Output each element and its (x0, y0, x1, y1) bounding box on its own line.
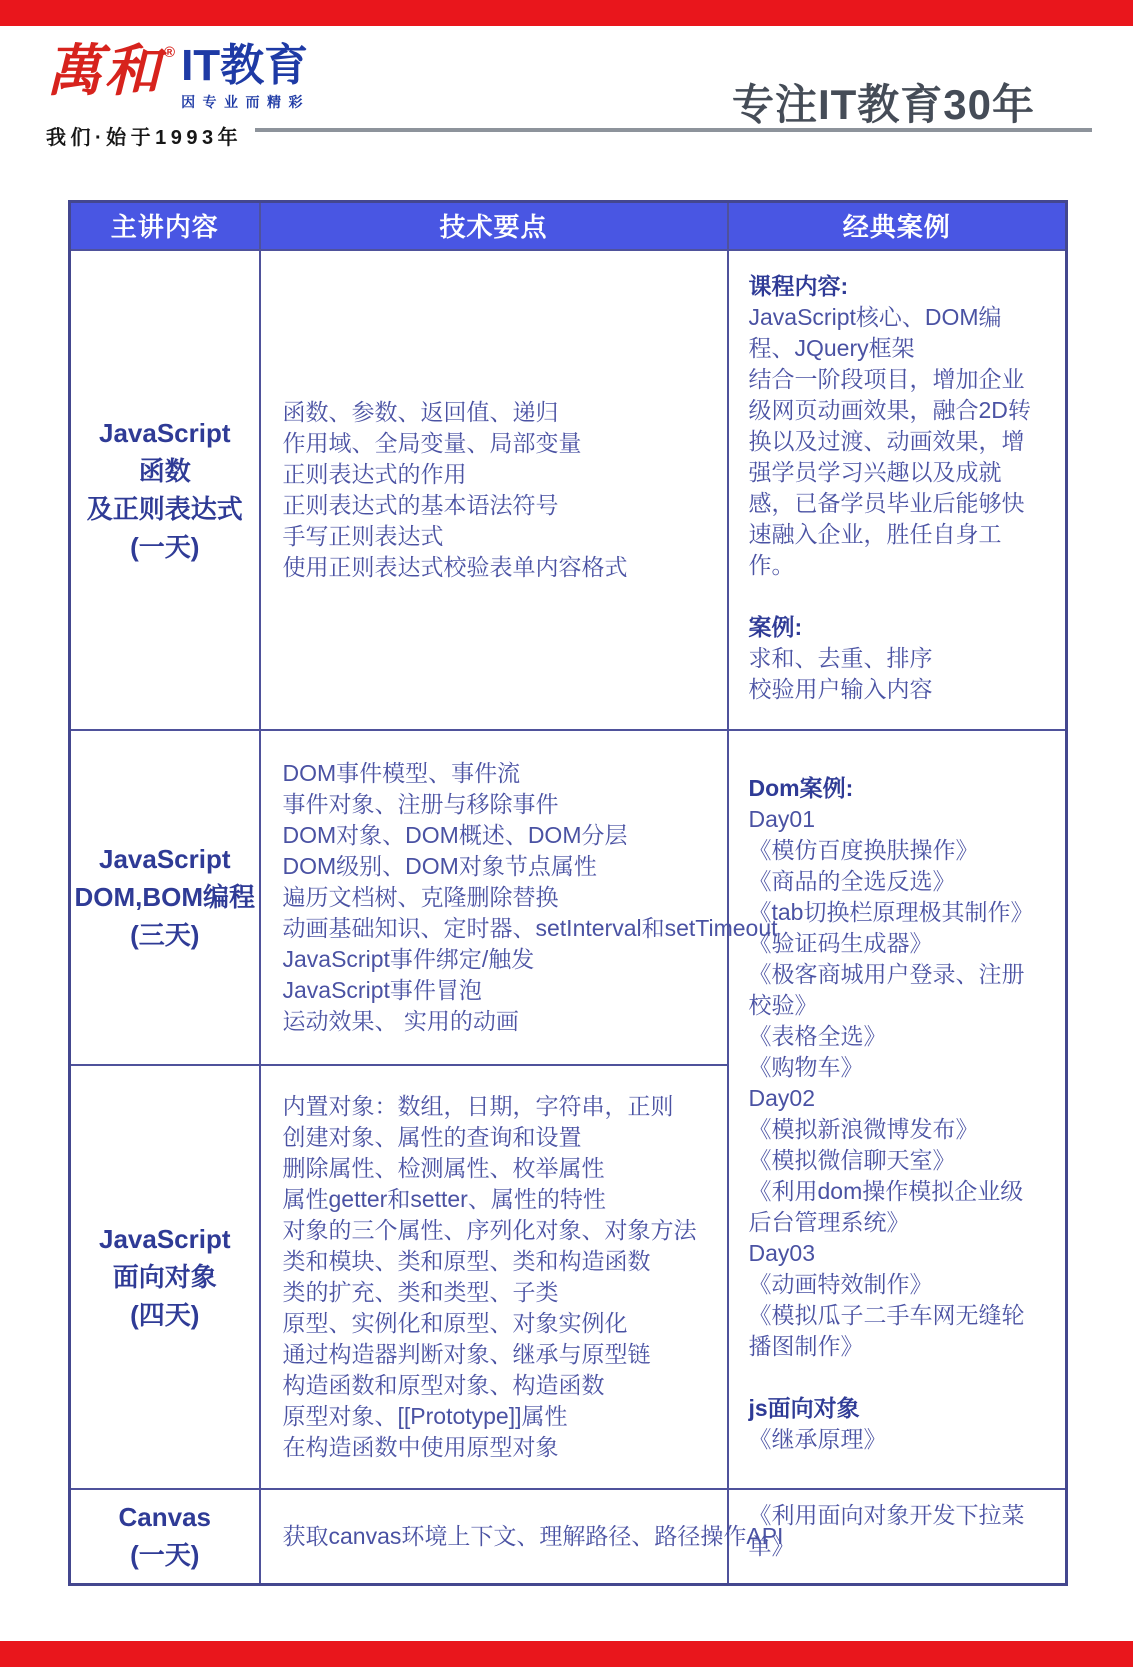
cell-line: 《模拟微信聊天室》 (749, 1145, 1032, 1176)
cell-line: DOM级别、DOM对象节点属性 (283, 851, 727, 882)
cell-line: (一天) (71, 528, 259, 566)
brand-slogan: 因专业而精彩 (181, 92, 310, 112)
cell-line: 《继承原理》 (749, 1424, 1032, 1455)
cell-line: JavaScript核心、DOM编程、JQuery框架 (749, 302, 1032, 364)
cell-line: DOM事件模型、事件流 (283, 758, 727, 789)
cell-line: 类的扩充、类和类型、子类 (283, 1277, 727, 1308)
cell-line-spacer (749, 581, 1032, 612)
cell-line: Canvas (71, 1498, 259, 1536)
cell-line: JavaScript (71, 1220, 259, 1258)
column-header-topic: 主讲内容 (70, 202, 260, 250)
cell-line: 课程内容: (749, 271, 1032, 302)
cell-line: 类和模块、类和原型、类和构造函数 (283, 1246, 727, 1277)
cell-line: 运动效果、 实用的动画 (283, 1006, 727, 1037)
cell-line: 内置对象：数组，日期，字符串，正则 (283, 1091, 727, 1122)
cell-line: js面向对象 (749, 1393, 1032, 1424)
cell-line: 《购物车》 (749, 1052, 1032, 1083)
cell-line: 在构造函数中使用原型对象 (283, 1432, 727, 1463)
cell-line: 使用正则表达式校验表单内容格式 (283, 552, 727, 583)
cell-line: Day02 (749, 1083, 1032, 1114)
cell-line: 通过构造器判断对象、继承与原型链 (283, 1339, 727, 1370)
registered-trademark-icon: ® (164, 44, 175, 61)
cell-line: (一天) (71, 1536, 259, 1574)
case-cell-canvas: 《利用面向对象开发下拉菜单》 (728, 1489, 1067, 1585)
cell-line: JavaScript事件冒泡 (283, 975, 727, 1006)
points-cell-dom-bom: DOM事件模型、事件流事件对象、注册与移除事件DOM对象、DOM概述、DOM分层… (260, 730, 728, 1065)
cell-line: 创建对象、属性的查询和设置 (283, 1122, 727, 1153)
brand-logo: 萬和 ® IT教育 因专业而精彩 我们·始于1993年 (46, 42, 310, 150)
points-cell-js-functions-regex: 函数、参数、返回值、递归作用域、全局变量、局部变量正则表达式的作用正则表达式的基… (260, 250, 728, 730)
cell-line: Dom案例: (749, 773, 1032, 804)
cell-line: (四天) (71, 1296, 259, 1334)
cell-line: 《模仿百度换肤操作》 (749, 835, 1032, 866)
cell-line: 《模拟瓜子二手车网无缝轮播图制作》 (749, 1300, 1032, 1362)
cell-line: 函数 (71, 452, 259, 490)
cell-line: 原型对象、[[Prototype]]属性 (283, 1401, 727, 1432)
cell-line: 正则表达式的作用 (283, 459, 727, 490)
cell-line: 《动画特效制作》 (749, 1269, 1032, 1300)
cell-line: 《利用面向对象开发下拉菜单》 (749, 1500, 1032, 1562)
cell-line: 遍历文档树、克隆删除替换 (283, 882, 727, 913)
cell-line: DOM,BOM编程 (71, 878, 259, 916)
table-row: JavaScript函数及正则表达式(一天) 函数、参数、返回值、递归作用域、全… (70, 250, 1067, 730)
cell-line: 求和、去重、排序 (749, 643, 1032, 674)
cell-line: 对象的三个属性、序列化对象、对象方法 (283, 1215, 727, 1246)
cell-line: 动画基础知识、定时器、setInterval和setTimeout (283, 913, 727, 944)
cell-line: JavaScript事件绑定/触发 (283, 944, 727, 975)
cell-line: 函数、参数、返回值、递归 (283, 397, 727, 428)
cell-line: 作用域、全局变量、局部变量 (283, 428, 727, 459)
cell-line: 《商品的全选反选》 (749, 866, 1032, 897)
column-header-tech-points: 技术要点 (260, 202, 728, 250)
cell-line: 《利用dom操作模拟企业级后台管理系统》 (749, 1176, 1032, 1238)
cell-line: 及正则表达式 (71, 490, 259, 528)
cell-line-spacer (749, 1362, 1032, 1393)
cell-line: 《模拟新浪微博发布》 (749, 1114, 1032, 1145)
cell-line: JavaScript (71, 414, 259, 452)
points-cell-canvas: 获取canvas环境上下文、理解路径、路径操作API (260, 1489, 728, 1585)
topic-cell-canvas: Canvas(一天) (70, 1489, 260, 1585)
poster-page: 萬和 ® IT教育 因专业而精彩 我们·始于1993年 专注IT教育30年 主讲… (0, 0, 1133, 1667)
brand-chinese-wordmark: 萬和 (46, 42, 162, 102)
cell-line: 属性getter和setter、属性的特性 (283, 1184, 727, 1215)
cell-line: Day01 (749, 804, 1032, 835)
cell-line: 《tab切换栏原理极其制作》 (749, 897, 1032, 928)
page-tagline: 专注IT教育30年 (732, 72, 1035, 132)
cell-line: 面向对象 (71, 1258, 259, 1296)
brand-since-line: 我们·始于1993年 (46, 121, 310, 150)
points-cell-oop: 内置对象：数组，日期，字符串，正则创建对象、属性的查询和设置删除属性、检测属性、… (260, 1065, 728, 1489)
cell-line: 手写正则表达式 (283, 521, 727, 552)
top-red-bar (0, 0, 1133, 26)
bottom-red-bar (0, 1641, 1133, 1667)
cell-line: JavaScript (71, 840, 259, 878)
table-row: JavaScriptDOM,BOM编程(三天) DOM事件模型、事件流事件对象、… (70, 730, 1067, 1065)
cell-line: 校验用户输入内容 (749, 674, 1032, 705)
cell-line: 获取canvas环境上下文、理解路径、路径操作API (283, 1521, 727, 1552)
table-row: Canvas(一天) 获取canvas环境上下文、理解路径、路径操作API 《利… (70, 1489, 1067, 1585)
case-cell-dom-oop-merged: Dom案例:Day01《模仿百度换肤操作》《商品的全选反选》《tab切换栏原理极… (728, 730, 1067, 1489)
cell-line: 正则表达式的基本语法符号 (283, 490, 727, 521)
cell-line: 原型、实例化和原型、对象实例化 (283, 1308, 727, 1339)
cell-line: 删除属性、检测属性、枚举属性 (283, 1153, 727, 1184)
cell-line: 案例: (749, 612, 1032, 643)
case-cell-course-content: 课程内容:JavaScript核心、DOM编程、JQuery框架结合一阶段项目，… (728, 250, 1067, 730)
cell-line: 结合一阶段项目，增加企业级网页动画效果，融合2D转换以及过渡、动画效果，增强学员… (749, 364, 1032, 581)
column-header-cases: 经典案例 (728, 202, 1067, 250)
cell-line: DOM对象、DOM概述、DOM分层 (283, 820, 727, 851)
cell-line: 事件对象、注册与移除事件 (283, 789, 727, 820)
topic-cell-dom-bom: JavaScriptDOM,BOM编程(三天) (70, 730, 260, 1065)
curriculum-table: 主讲内容 技术要点 经典案例 JavaScript函数及正则表达式(一天) 函数… (68, 200, 1068, 1586)
cell-line: 构造函数和原型对象、构造函数 (283, 1370, 727, 1401)
header-divider (255, 128, 1092, 132)
cell-line: 《验证码生成器》 (749, 928, 1032, 959)
brand-it-education-wordmark: IT教育 (181, 44, 310, 88)
cell-line: (三天) (71, 916, 259, 954)
table-header-row: 主讲内容 技术要点 经典案例 (70, 202, 1067, 250)
cell-line: Day03 (749, 1238, 1032, 1269)
cell-line: 《极客商城用户登录、注册校验》 (749, 959, 1032, 1021)
topic-cell-js-functions-regex: JavaScript函数及正则表达式(一天) (70, 250, 260, 730)
cell-line: 《表格全选》 (749, 1021, 1032, 1052)
topic-cell-oop: JavaScript面向对象(四天) (70, 1065, 260, 1489)
